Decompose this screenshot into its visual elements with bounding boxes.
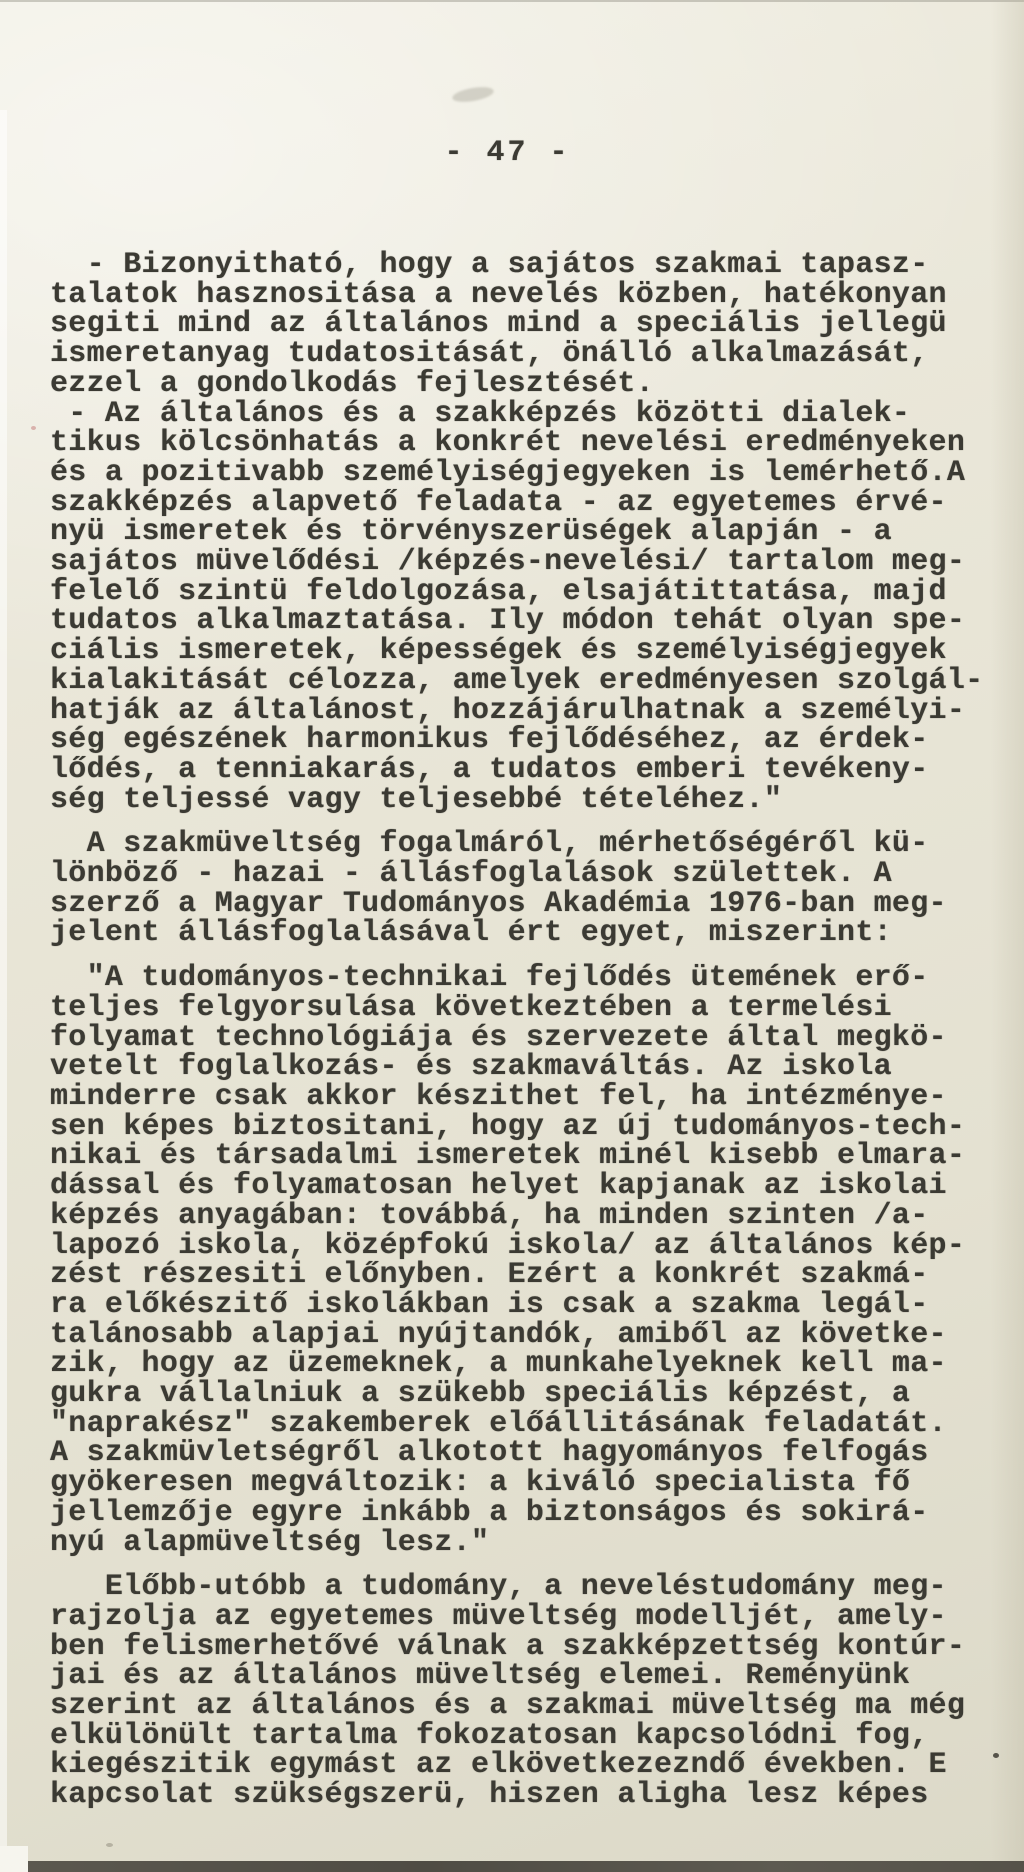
ink-dot [993,1753,999,1758]
scan-top-edge [0,0,1024,2]
scan-left-edge [0,110,7,1872]
paragraph: - Bizonyitható, hogy a sajátos szakmai t… [50,251,995,815]
page-body: - Bizonyitható, hogy a sajátos szakmai t… [50,251,995,1811]
paper-speck [31,426,36,430]
paragraph: "A tudományos-technikai fejlődés üteméne… [50,964,995,1558]
paragraph: A szakmüveltség fogalmáról, mérhetőségér… [50,830,995,949]
scan-right-shade [990,0,1024,1872]
paper-speck [106,1843,113,1847]
page-number: - 47 - [50,136,965,170]
scan-bottom-corner [0,1846,28,1872]
paragraph: Előbb-utóbb a tudomány, a neveléstudomán… [50,1573,995,1811]
scan-edge-artifact [28,1861,1024,1872]
scanned-page: - 47 - - Bizonyitható, hogy a sajátos sz… [0,0,1024,1872]
pencil-smudge [451,84,495,104]
